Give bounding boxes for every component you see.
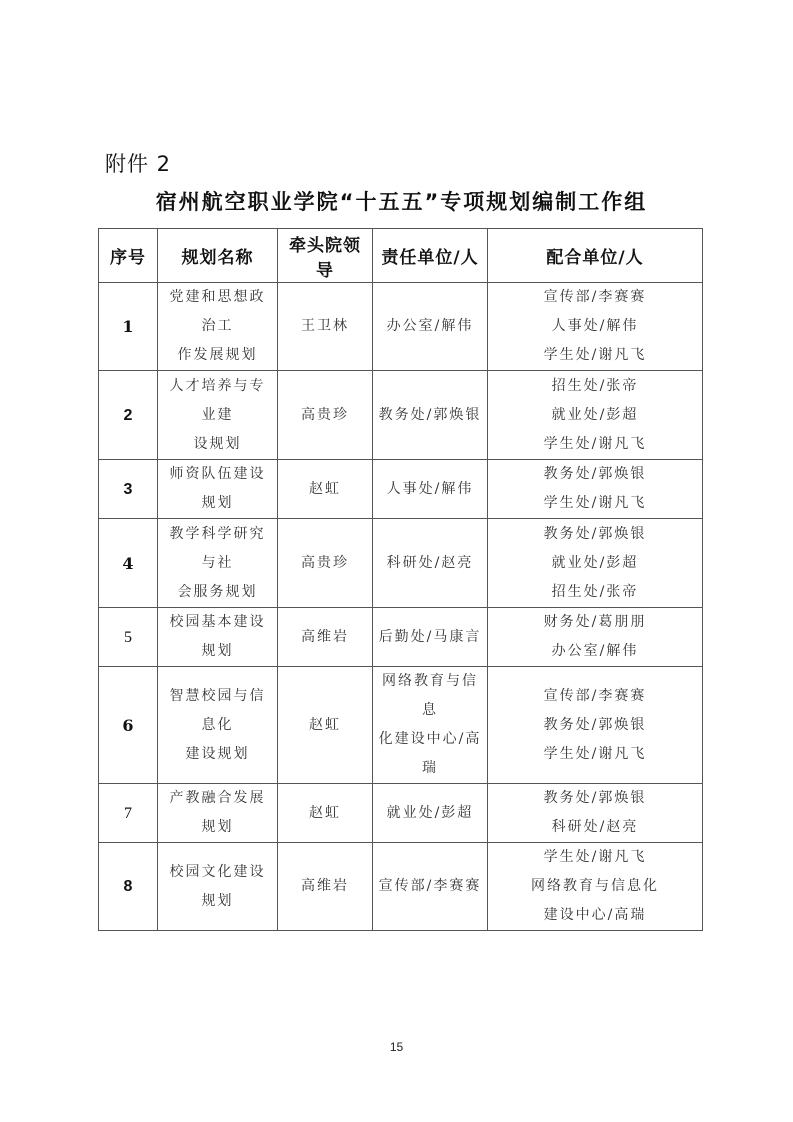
responsible-unit: 教务处/郭焕银 — [373, 371, 488, 460]
plan-name: 产教融合发展规划 — [158, 784, 278, 843]
header-leader: 牵头院领导 — [278, 229, 373, 283]
row-number: 3 — [99, 460, 158, 519]
table-row: 8 校园文化建设规划 高维岩 宣传部/李赛赛 学生处/谢凡飞网络教育与信息化建设… — [99, 843, 703, 931]
row-number: 4 — [99, 519, 158, 608]
cooperating-units: 财务处/葛朋朋办公室/解伟 — [488, 608, 703, 667]
plan-name: 智慧校园与信息化建设规划 — [158, 667, 278, 784]
table-row: 2 人才培养与专业建设规划 高贵珍 教务处/郭焕银 招生处/张帝就业处/彭超学生… — [99, 371, 703, 460]
plan-name: 师资队伍建设规划 — [158, 460, 278, 519]
cooperating-units: 宣传部/李赛赛教务处/郭焕银学生处/谢凡飞 — [488, 667, 703, 784]
lead-leader: 高维岩 — [278, 843, 373, 931]
cooperating-units: 学生处/谢凡飞网络教育与信息化建设中心/高瑞 — [488, 843, 703, 931]
cooperating-units: 教务处/郭焕银科研处/赵亮 — [488, 784, 703, 843]
row-number: 2 — [99, 371, 158, 460]
table-header-row: 序号 规划名称 牵头院领导 责任单位/人 配合单位/人 — [99, 229, 703, 283]
row-number: 7 — [99, 784, 158, 843]
lead-leader: 高维岩 — [278, 608, 373, 667]
row-number: 1 — [99, 283, 158, 371]
attachment-label: 附件 2 — [105, 148, 171, 178]
lead-leader: 高贵珍 — [278, 371, 373, 460]
responsible-unit: 科研处/赵亮 — [373, 519, 488, 608]
header-responsible: 责任单位/人 — [373, 229, 488, 283]
table-row: 1 党建和思想政治工作发展规划 王卫林 办公室/解伟 宣传部/李赛赛人事处/解伟… — [99, 283, 703, 371]
table-row: 4 教学科学研究与社会服务规划 高贵珍 科研处/赵亮 教务处/郭焕银就业处/彭超… — [99, 519, 703, 608]
header-no: 序号 — [99, 229, 158, 283]
row-number: 8 — [99, 843, 158, 931]
header-cooperating: 配合单位/人 — [488, 229, 703, 283]
page-number: 15 — [0, 1040, 793, 1054]
lead-leader: 王卫林 — [278, 283, 373, 371]
table-row: 6 智慧校园与信息化建设规划 赵虹 网络教育与信息化建设中心/高瑞 宣传部/李赛… — [99, 667, 703, 784]
cooperating-units: 宣传部/李赛赛人事处/解伟学生处/谢凡飞 — [488, 283, 703, 371]
lead-leader: 赵虹 — [278, 460, 373, 519]
plan-name: 党建和思想政治工作发展规划 — [158, 283, 278, 371]
lead-leader: 赵虹 — [278, 667, 373, 784]
cooperating-units: 教务处/郭焕银就业处/彭超招生处/张帝 — [488, 519, 703, 608]
cooperating-units: 招生处/张帝就业处/彭超学生处/谢凡飞 — [488, 371, 703, 460]
table-row: 3 师资队伍建设规划 赵虹 人事处/解伟 教务处/郭焕银学生处/谢凡飞 — [99, 460, 703, 519]
responsible-unit: 网络教育与信息化建设中心/高瑞 — [373, 667, 488, 784]
work-group-table: 序号 规划名称 牵头院领导 责任单位/人 配合单位/人 1 党建和思想政治工作发… — [98, 228, 703, 931]
plan-name: 教学科学研究与社会服务规划 — [158, 519, 278, 608]
responsible-unit: 人事处/解伟 — [373, 460, 488, 519]
plan-name: 校园文化建设规划 — [158, 843, 278, 931]
header-plan-name: 规划名称 — [158, 229, 278, 283]
table-row: 7 产教融合发展规划 赵虹 就业处/彭超 教务处/郭焕银科研处/赵亮 — [99, 784, 703, 843]
responsible-unit: 后勤处/马康言 — [373, 608, 488, 667]
responsible-unit: 办公室/解伟 — [373, 283, 488, 371]
responsible-unit: 就业处/彭超 — [373, 784, 488, 843]
lead-leader: 高贵珍 — [278, 519, 373, 608]
plan-name: 校园基本建设规划 — [158, 608, 278, 667]
table-row: 5 校园基本建设规划 高维岩 后勤处/马康言 财务处/葛朋朋办公室/解伟 — [99, 608, 703, 667]
row-number: 5 — [99, 608, 158, 667]
responsible-unit: 宣传部/李赛赛 — [373, 843, 488, 931]
lead-leader: 赵虹 — [278, 784, 373, 843]
plan-name: 人才培养与专业建设规划 — [158, 371, 278, 460]
document-title: 宿州航空职业学院“十五五”专项规划编制工作组 — [0, 186, 793, 216]
cooperating-units: 教务处/郭焕银学生处/谢凡飞 — [488, 460, 703, 519]
row-number: 6 — [99, 667, 158, 784]
